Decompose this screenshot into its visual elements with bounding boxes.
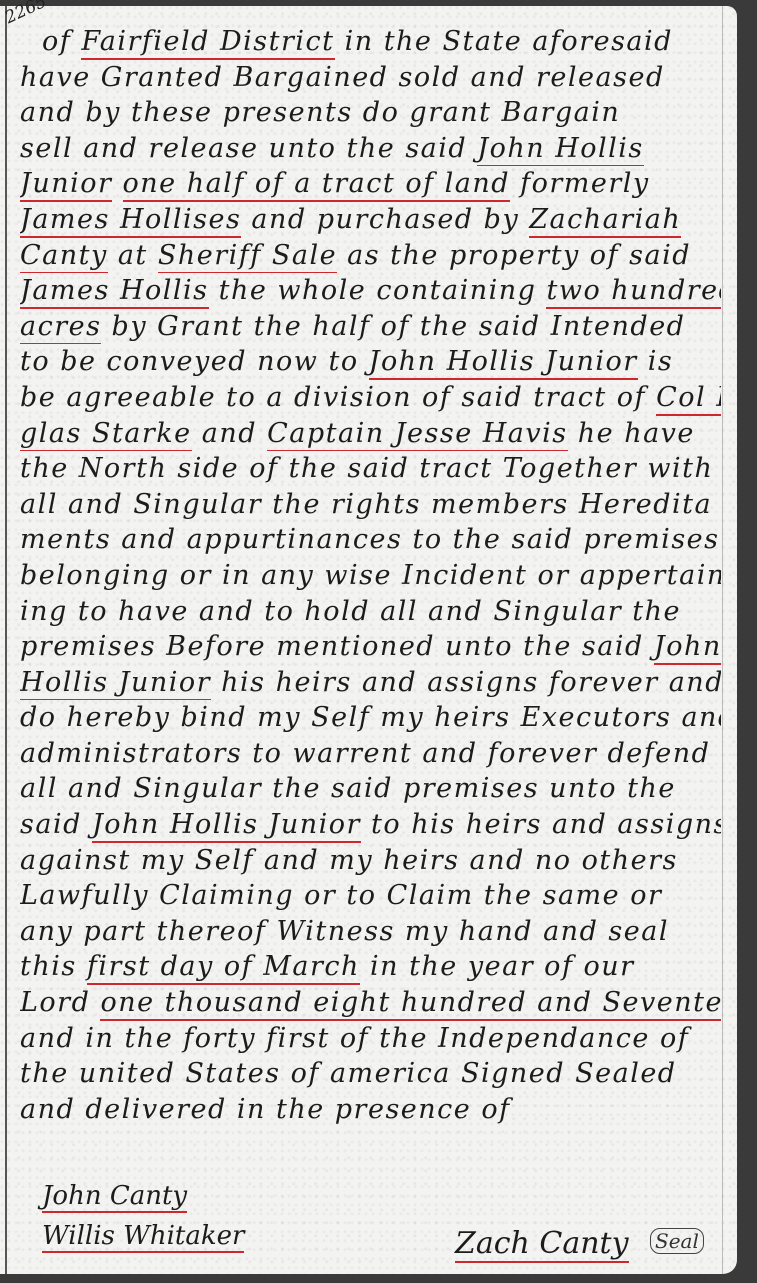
text-segment: do hereby bind my Self my heirs Executor… (20, 702, 721, 733)
text-line: be agreeable to a division of said tract… (20, 380, 721, 416)
text-line: this first day of March in the year of o… (20, 949, 721, 985)
text-line: do hereby bind my Self my heirs Executor… (20, 700, 721, 736)
text-line: the united States of america Signed Seal… (20, 1056, 721, 1092)
text-segment: and delivered in the presence of (20, 1094, 511, 1125)
underlined-term: John Hollis Junior (92, 809, 361, 843)
text-line: to be conveyed now to John Hollis Junior… (20, 344, 721, 380)
text-line: have Granted Bargained sold and released (20, 60, 721, 96)
text-line: James Hollises and purchased by Zacharia… (20, 202, 721, 238)
text-segment: to his heirs and assigns (361, 809, 721, 840)
grantor-name: Zach Canty (455, 1226, 629, 1263)
text-line: belonging or in any wise Incident or app… (20, 558, 721, 594)
text-segment: as the property of said (337, 240, 691, 271)
text-segment: the North side of the said tract Togethe… (20, 453, 713, 484)
right-margin-rule (722, 6, 723, 1274)
deed-text-body: of Fairfield District in the State afore… (20, 24, 721, 1127)
seal-label: Seal (650, 1228, 704, 1254)
text-segment: ing to have and to hold all and Singular… (20, 596, 681, 627)
text-line: James Hollis the whole containing two hu… (20, 273, 721, 309)
text-line: and in the forty first of the Independan… (20, 1021, 721, 1057)
text-line: the North side of the said tract Togethe… (20, 451, 721, 487)
text-line: administrators to warrent and forever de… (20, 736, 721, 772)
underlined-term: John Hollis (477, 133, 644, 167)
underlined-term: Fairfield District (81, 26, 334, 60)
text-segment: premises Before mentioned unto the said (20, 631, 654, 662)
text-segment: said (20, 809, 92, 840)
underlined-term: first day of March (87, 951, 360, 985)
text-segment: the whole containing (209, 275, 547, 306)
seal-flourish-icon: Seal (650, 1221, 704, 1256)
text-segment: be agreeable to a division of said tract… (20, 382, 656, 413)
underlined-term: James Hollis (20, 275, 209, 309)
underlined-term: glas Starke (20, 418, 192, 452)
text-line: of Fairfield District in the State afore… (20, 24, 721, 60)
underlined-term: Zachariah (529, 204, 681, 238)
witness-name: John Canty (42, 1181, 187, 1213)
text-line: Lord one thousand eight hundred and Seve… (20, 985, 721, 1021)
underlined-term: Captain Jesse Havis (267, 418, 568, 452)
text-segment: and in the forty first of the Independan… (20, 1023, 689, 1054)
text-segment: and (192, 418, 267, 449)
text-line: sell and release unto the said John Holl… (20, 131, 721, 167)
text-segment: in the year of our (360, 951, 635, 982)
text-line: Lawfully Claiming or to Claim the same o… (20, 878, 721, 914)
text-segment: the united States of america Signed Seal… (20, 1058, 677, 1089)
text-segment: have Granted Bargained sold and released (20, 62, 665, 93)
left-margin-rule (5, 6, 7, 1274)
underlined-term: one half of a tract of land (123, 168, 511, 202)
text-line: Junior one half of a tract of land forme… (20, 166, 721, 202)
underlined-term: one thousand eight hundred and Seventeen (100, 987, 721, 1021)
text-segment: of (42, 26, 81, 57)
underlined-term: James Hollises (20, 204, 241, 238)
text-segment: his heirs and assigns forever and I (211, 667, 721, 698)
witness-name: Willis Whitaker (42, 1221, 244, 1253)
underlined-term: Col Dou (656, 382, 721, 416)
text-segment: in the State aforesaid (335, 26, 673, 57)
text-segment: by Grant the half of the said Intended (101, 311, 685, 342)
text-line: said John Hollis Junior to his heirs and… (20, 807, 721, 843)
text-segment: all and Singular the said premises unto … (20, 773, 676, 804)
scanned-document: 2265 of Fairfield District in the State … (0, 0, 757, 1283)
text-line: acres by Grant the half of the said Inte… (20, 309, 721, 345)
text-segment: to be conveyed now to (20, 346, 369, 377)
underlined-term: Junior (20, 168, 112, 202)
text-line: ments and appurtinances to the said prem… (20, 522, 721, 558)
text-segment: is (638, 346, 674, 377)
text-segment: ments and appurtinances to the said prem… (20, 524, 720, 555)
text-segment (112, 168, 122, 199)
text-segment: belonging or in any wise Incident or app… (20, 560, 721, 591)
text-segment: at (108, 240, 158, 271)
underlined-term: two hundred (546, 275, 721, 309)
text-segment: he have (568, 418, 695, 449)
text-line: any part thereof Witness my hand and sea… (20, 914, 721, 950)
text-line: Canty at Sheriff Sale as the property of… (20, 238, 721, 274)
text-segment: and by these presents do grant Bargain (20, 97, 620, 128)
underlined-term: John Hollis Junior (369, 346, 638, 380)
text-line: premises Before mentioned unto the said … (20, 629, 721, 665)
text-line: glas Starke and Captain Jesse Havis he h… (20, 416, 721, 452)
text-segment: and purchased by (241, 204, 529, 235)
text-segment: formerly (510, 168, 650, 199)
underlined-term: Canty (20, 240, 108, 274)
witness-signature-1: John Canty (42, 1181, 187, 1211)
text-line: all and Singular the said premises unto … (20, 771, 721, 807)
deed-page: 2265 of Fairfield District in the State … (0, 6, 737, 1274)
underlined-term: John (654, 631, 721, 665)
text-segment: Lord (20, 987, 100, 1018)
text-segment: Lawfully Claiming or to Claim the same o… (20, 880, 662, 911)
underlined-term: Hollis Junior (20, 667, 211, 701)
text-segment: sell and release unto the said (20, 133, 477, 164)
text-line: Hollis Junior his heirs and assigns fore… (20, 665, 721, 701)
text-line: ing to have and to hold all and Singular… (20, 594, 721, 630)
text-line: and by these presents do grant Bargain (20, 95, 721, 131)
text-segment: against my Self and my heirs and no othe… (20, 845, 678, 876)
text-segment: administrators to warrent and forever de… (20, 738, 721, 769)
text-line: all and Singular the rights members Here… (20, 487, 721, 523)
witness-signature-2: Willis Whitaker (42, 1221, 244, 1251)
text-line: and delivered in the presence of (20, 1092, 721, 1128)
text-segment: this (20, 951, 87, 982)
underlined-term: acres (20, 311, 101, 345)
text-segment: any part thereof Witness my hand and sea… (20, 916, 669, 947)
grantor-signature: Zach Canty (455, 1226, 629, 1261)
underlined-term: Sheriff Sale (158, 240, 337, 274)
text-segment: all and Singular the rights members Here… (20, 489, 712, 520)
text-line: against my Self and my heirs and no othe… (20, 843, 721, 879)
